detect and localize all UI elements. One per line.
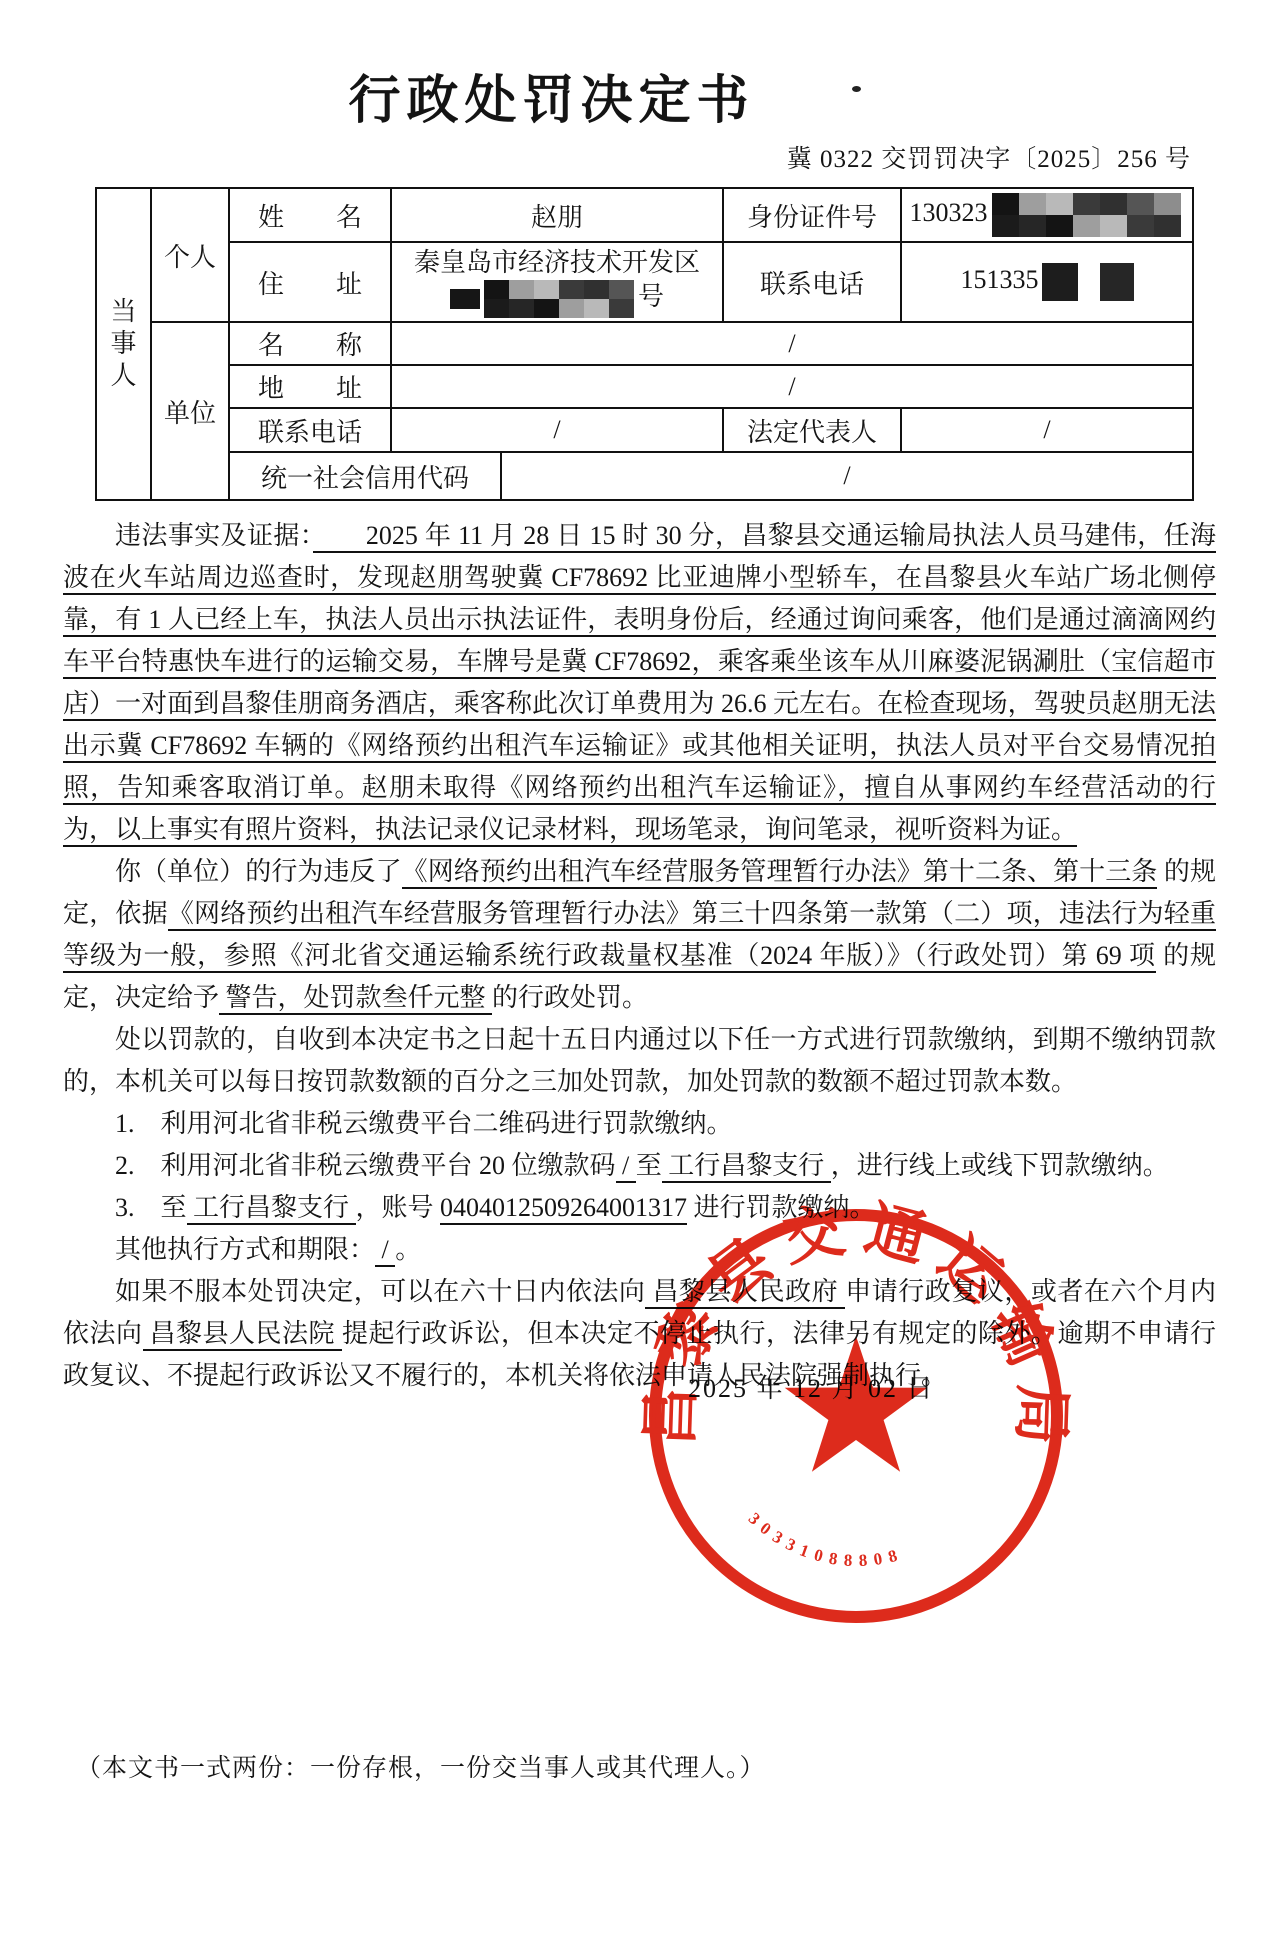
paragraph-legal-basis: 你（单位）的行为违反了《网络预约出租汽车经营服务管理暂行办法》第十二条、第十三条… xyxy=(63,851,1216,1019)
paragraph-payment-method-3: 3. 至 工行昌黎支行 ，账号 0404012509264001317 进行罚款… xyxy=(63,1187,1216,1229)
address-redaction xyxy=(484,280,634,318)
penalty-decision-document: 行政处罚决定书 冀 0322 交罚罚决字〔2025〕256 号 当事人 个人 姓… xyxy=(0,0,1279,1947)
cell-id-label: 身份证件号 xyxy=(723,188,901,242)
cell-person-label: 个人 xyxy=(151,188,229,322)
cell-address-label: 住 址 xyxy=(229,242,391,322)
address-line2: 号 xyxy=(398,280,716,318)
cell-org-phone-value: / xyxy=(391,408,723,452)
cell-legal-rep-label: 法定代表人 xyxy=(723,408,901,452)
phone-prefix: 151335 xyxy=(961,265,1039,294)
cell-id-value: 130323 xyxy=(901,188,1193,242)
cell-phone-label: 联系电话 xyxy=(723,242,901,322)
cell-org-address-value: / xyxy=(391,365,1193,408)
address-suffix: 号 xyxy=(638,282,664,311)
cell-org-label: 单位 xyxy=(151,322,229,500)
cell-party-label: 当事人 xyxy=(96,188,151,500)
issue-date: 2025 年 12 月 02 日 xyxy=(688,1368,935,1405)
paragraph-payment-intro: 处以罚款的，自收到本决定书之日起十五日内通过以下任一方式进行罚款缴纳，到期不缴纳… xyxy=(63,1019,1216,1103)
address-redaction-bar xyxy=(450,289,480,309)
paragraph-other-methods: 其他执行方式和期限： / 。 xyxy=(63,1229,1216,1271)
seal-code: 30331088808 xyxy=(745,1509,906,1570)
footer-note: （本文书一式两份：一份存根，一份交当事人或其代理人。） xyxy=(76,1748,766,1784)
cell-phone-value: 151335 xyxy=(901,242,1193,322)
phone-redaction-2 xyxy=(1100,263,1134,301)
paragraph-facts: 违法事实及证据： 2025 年 11 月 28 日 15 时 30 分，昌黎县交… xyxy=(63,515,1216,851)
cell-credit-code-value: / xyxy=(501,452,1193,500)
address-line1: 秦皇岛市经济技术开发区 xyxy=(398,246,716,280)
cell-org-phone-label: 联系电话 xyxy=(229,408,391,452)
document-title: 行政处罚决定书 xyxy=(0,58,1191,133)
cell-org-address-label: 地 址 xyxy=(229,365,391,408)
party-info-table: 当事人 个人 姓 名 赵朋 身份证件号 130323 住 址 秦皇岛市经济技术开… xyxy=(95,187,1194,501)
document-body: 违法事实及证据： 2025 年 11 月 28 日 15 时 30 分，昌黎县交… xyxy=(63,515,1216,1397)
id-number-prefix: 130323 xyxy=(910,198,988,227)
cell-name-label: 姓 名 xyxy=(229,188,391,242)
paragraph-payment-method-1: 1. 利用河北省非税云缴费平台二维码进行罚款缴纳。 xyxy=(63,1103,1216,1145)
cell-org-name-value: / xyxy=(391,322,1193,365)
cell-name-value: 赵朋 xyxy=(391,188,723,242)
cell-credit-code-label: 统一社会信用代码 xyxy=(229,452,501,500)
cell-legal-rep-value: / xyxy=(901,408,1193,452)
scan-speck xyxy=(852,86,861,92)
document-number: 冀 0322 交罚罚决字〔2025〕256 号 xyxy=(0,139,1279,175)
id-number-redaction xyxy=(992,193,1181,237)
svg-text:30331088808: 30331088808 xyxy=(745,1509,906,1570)
paragraph-payment-method-2: 2. 利用河北省非税云缴费平台 20 位缴款码 / 至 工行昌黎支行 ，进行线上… xyxy=(63,1145,1216,1187)
paragraph-appeal-rights: 如果不服本处罚决定，可以在六十日内依法向 昌黎县人民政府 申请行政复议，或者在六… xyxy=(63,1271,1216,1397)
cell-org-name-label: 名 称 xyxy=(229,322,391,365)
phone-redaction-1 xyxy=(1042,263,1078,301)
cell-address-value: 秦皇岛市经济技术开发区 号 xyxy=(391,242,723,322)
